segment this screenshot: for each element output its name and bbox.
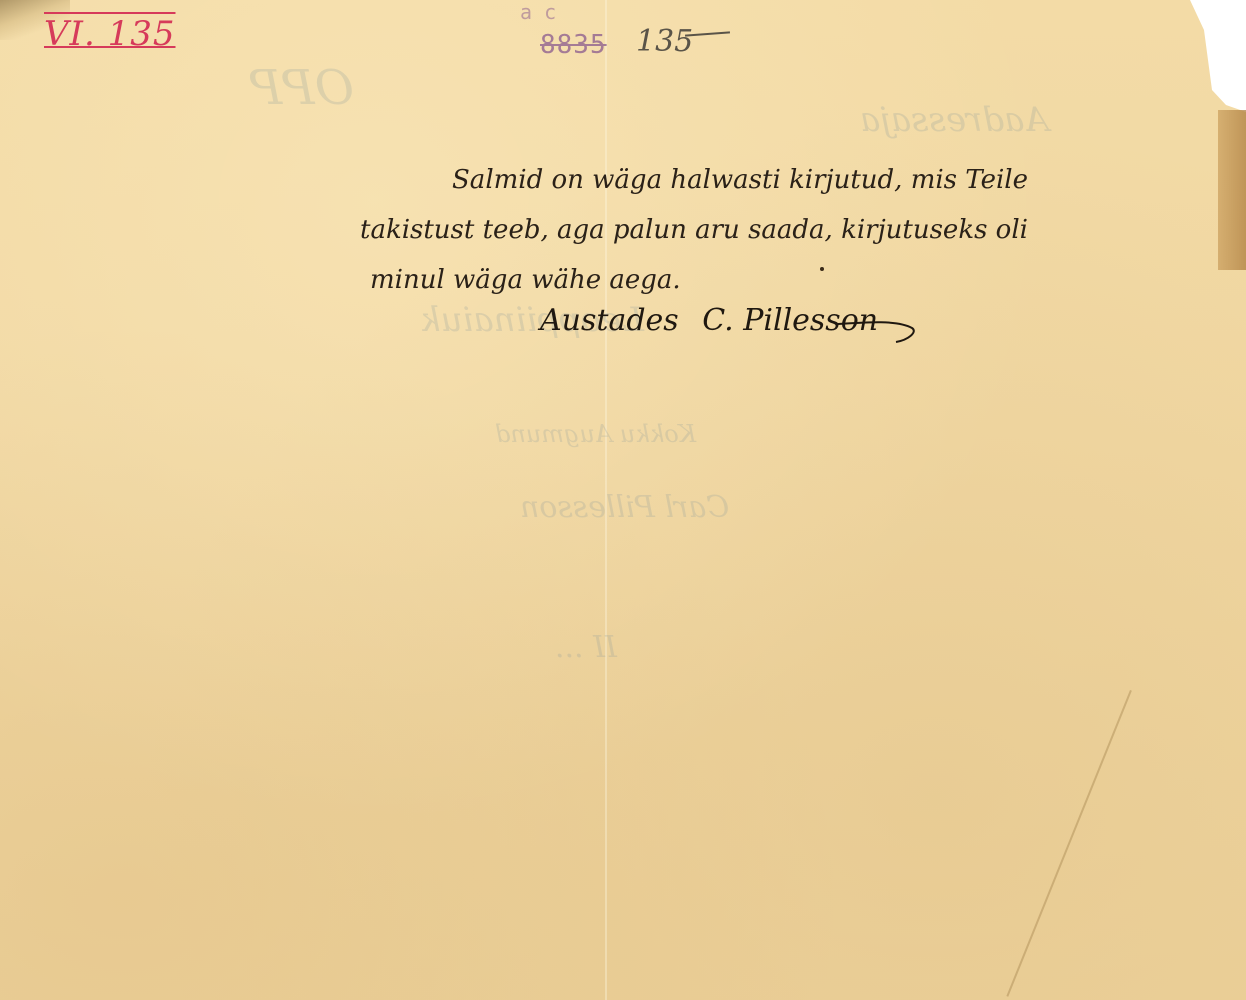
archive-number: VI. 135	[44, 14, 176, 54]
bleed-through-line: OPP	[250, 60, 354, 116]
letter-line: minul wäga wähe aega.	[370, 265, 681, 295]
letter-line: Salmid on wäga halwasti kirjutud, mis Te…	[452, 165, 1028, 195]
letter-line: takistust teeb, aga palun aru saada, kir…	[360, 215, 1028, 245]
archive-stamp: 8835	[540, 30, 607, 60]
signature-flourish	[838, 318, 918, 344]
bleed-through-line: Carl Pillesson	[520, 490, 729, 525]
signature-block: Austades C. Pillesson	[540, 303, 878, 338]
bleed-through-line: Aadressaja	[860, 100, 1049, 140]
ink-speck	[820, 267, 824, 271]
bleed-through-line: II ...	[555, 630, 617, 665]
stamp-fragment: a c	[520, 0, 556, 24]
pencil-number: 135	[636, 24, 693, 59]
edge-stain	[1218, 110, 1246, 270]
bleed-through-line: Kokku Augmund	[495, 420, 696, 448]
closing: Austades	[540, 303, 679, 338]
